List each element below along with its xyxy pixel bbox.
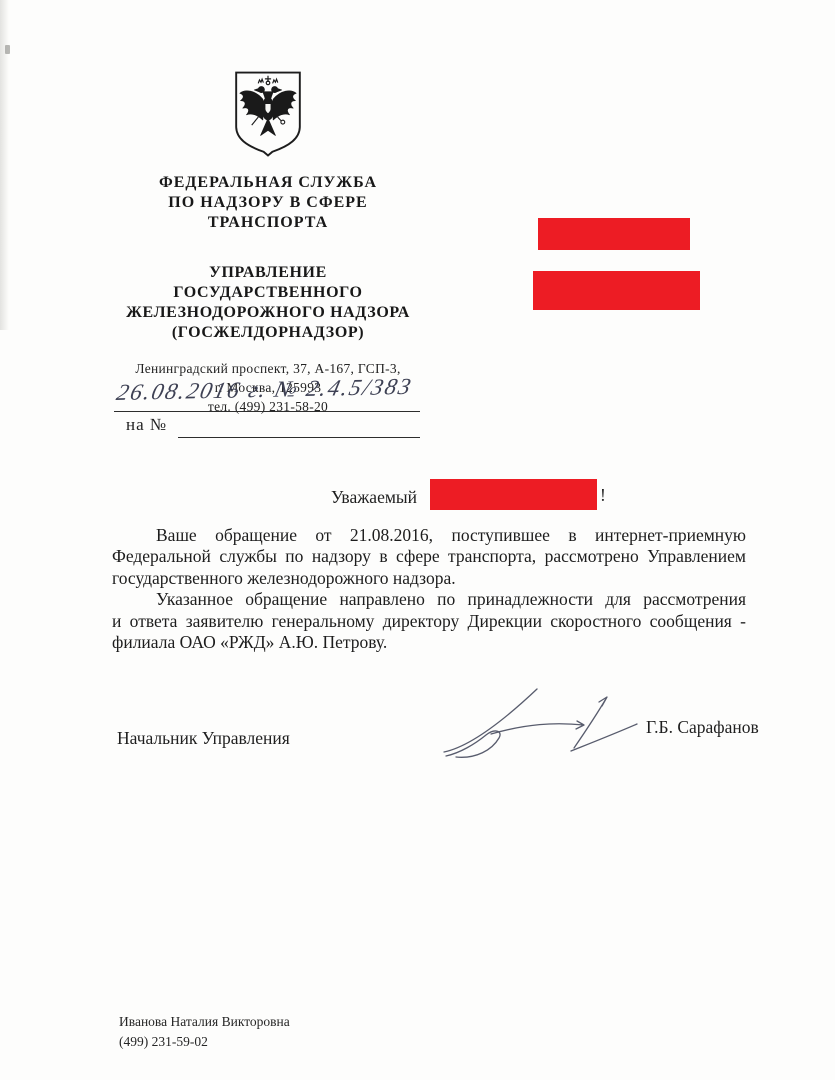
body-paragraph-1-line: Ваше обращение от 21.08.2016, поступивше… (112, 525, 746, 546)
division-name-line: (ГОСЖЕЛДОРНАДЗОР) (98, 323, 438, 343)
letter-body: Ваше обращение от 21.08.2016, поступивше… (112, 525, 746, 653)
executor-contact: Иванова Наталия Викторовна (499) 231-59-… (119, 1012, 290, 1052)
org-name: ФЕДЕРАЛЬНАЯ СЛУЖБА ПО НАДЗОРУ В СФЕРЕ ТР… (98, 173, 438, 233)
reply-to-number-label: на № (126, 415, 167, 435)
division-name-line: УПРАВЛЕНИЕ (98, 263, 438, 283)
letter-page: ФЕДЕРАЛЬНАЯ СЛУЖБА ПО НАДЗОРУ В СФЕРЕ ТР… (0, 0, 835, 1080)
org-name-line: ПО НАДЗОРУ В СФЕРЕ (98, 193, 438, 213)
handwritten-signature (438, 676, 643, 766)
signature-scrawl-icon (438, 676, 643, 761)
body-paragraph-2-line: и ответа заявителю генеральному директор… (112, 611, 746, 632)
body-paragraph-1-line: Федеральной службы по надзору в сфере тр… (112, 546, 746, 567)
org-name-line: ТРАНСПОРТА (98, 213, 438, 233)
signer-position-title: Начальник Управления (117, 728, 290, 749)
body-paragraph-2-line: филиала ОАО «РЖД» А.Ю. Петрову. (112, 632, 746, 653)
salutation-exclamation: ! (600, 485, 606, 506)
outgoing-number-line (114, 411, 420, 412)
division-name: УПРАВЛЕНИЕ ГОСУДАРСТВЕННОГО ЖЕЛЕЗНОДОРОЖ… (98, 263, 438, 343)
salutation-text: Уважаемый (331, 487, 417, 508)
division-name-line: ЖЕЛЕЗНОДОРОЖНОГО НАДЗОРА (98, 303, 438, 323)
redaction-block-addressee-name (430, 479, 597, 510)
coat-of-arms (231, 70, 305, 163)
double-headed-eagle-icon (231, 70, 305, 158)
redaction-block-recipient-1 (538, 218, 690, 250)
signer-name: Г.Б. Сарафанов (646, 717, 759, 738)
body-paragraph-1-line: государственного железнодорожного надзор… (112, 568, 746, 589)
division-name-line: ГОСУДАРСТВЕННОГО (98, 283, 438, 303)
reply-to-number-line (178, 437, 420, 438)
letterhead: ФЕДЕРАЛЬНАЯ СЛУЖБА ПО НАДЗОРУ В СФЕРЕ ТР… (98, 70, 438, 416)
redaction-block-recipient-2 (533, 271, 700, 310)
executor-name: Иванова Наталия Викторовна (119, 1012, 290, 1032)
scan-speck-artifact (5, 45, 10, 54)
executor-phone: (499) 231-59-02 (119, 1032, 290, 1052)
org-name-line: ФЕДЕРАЛЬНАЯ СЛУЖБА (98, 173, 438, 193)
body-paragraph-2-line: Указанное обращение направлено по принад… (112, 589, 746, 610)
